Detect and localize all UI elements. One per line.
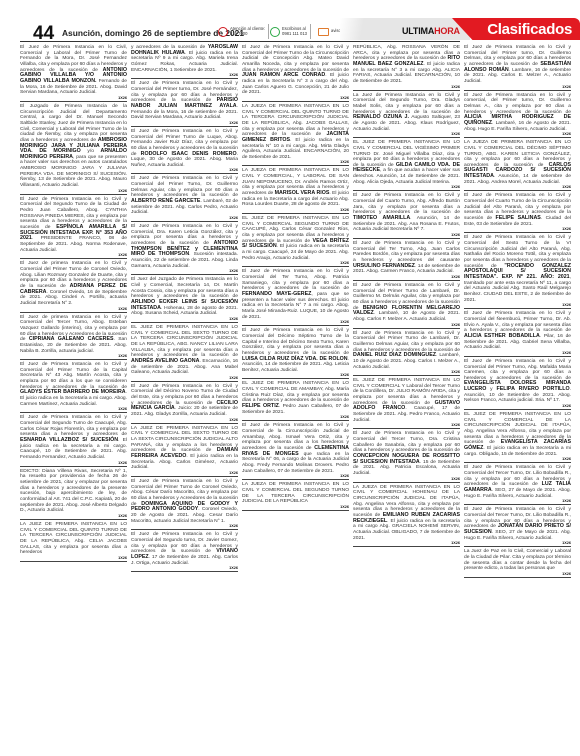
classified-ad: El Juez de Primera Instancia en lo Civil… (464, 464, 571, 505)
ad-code: 1X26 (20, 96, 127, 100)
ad-name: LUISA CILDA RUIZ DÍAZ VDA. DE ROLON (242, 356, 348, 362)
ad-text: El Juez de Primera Instancia en lo civil… (464, 93, 571, 115)
ad-code: 1X26 (20, 253, 127, 257)
ad-code: 1X26 (242, 474, 349, 478)
classified-ad: El Juez de Primera Instancia en lo Civil… (353, 192, 460, 239)
ultimahora-logo: ULTIMAHORA (402, 26, 460, 36)
contact-whatsapp-value: 0981 111 013 (282, 31, 307, 36)
classified-ad: El Juez de Primera Instancia en lo Civil… (20, 414, 127, 466)
ad-code: 1X26 (20, 556, 127, 560)
whatsapp-icon (270, 27, 280, 37)
ad-name: FELIPE SALINAS (496, 215, 541, 221)
classified-ad: El Juez de Primera Instancia en lo Civil… (131, 383, 238, 424)
ad-text: El Juez del Juzgado de Primera Instancia… (131, 277, 238, 299)
classified-ad: El Juez de Primera Instancia en lo Civil… (464, 44, 571, 91)
ad-name: JUAN RAMON ARCE CONRAD (242, 72, 325, 78)
ad-code: 1X26 (131, 168, 238, 172)
ad-code: 1X26 (353, 541, 460, 545)
ad-code: 1X26 (242, 96, 349, 100)
ad-code: 1X26 (353, 477, 460, 481)
classified-ad: EL JUEZ DE PRIMERA INSTANCIA EN LO CIVIL… (353, 139, 460, 191)
ad-code: 1X26 (131, 471, 238, 475)
ad-name-2: FELIPA RIVERO PORTILLO (496, 386, 569, 392)
ad-code: 1X26 (242, 261, 349, 265)
ad-code: 1X26 (242, 208, 349, 212)
ad-text: El Juez de Primera Instancia en lo Civil… (353, 331, 460, 353)
classified-ad: LA JUEZA DE PRIMERA INSTANCIA EN LO CIVI… (242, 103, 349, 167)
ad-text: EDICTO: Diana Villena Rivas, Secretaria … (20, 469, 127, 514)
ad-name: FERNANDO MAYE-GEREZ (242, 291, 311, 297)
ad-text: El Juez de Primera Instancia en lo Civil… (353, 241, 460, 263)
classified-ad: EL JUEZ DE PRIMERA INSTANCIA EN LO CIVIL… (353, 377, 460, 429)
classified-ad: El Juez de Primera Instancia en lo Civil… (353, 282, 460, 329)
ad-name: RODOLFO ISAAC DENIS ROMERO (141, 151, 237, 157)
ad-text: El Juez de Primera Instancia en lo Civil… (464, 359, 571, 381)
logo-black-text: ULTIMA (402, 26, 434, 36)
ad-code: 1X26 (464, 572, 571, 576)
ad-text: El Juez de Primera Instancia en lo Civil… (242, 269, 349, 291)
ad-code: 1X26 (20, 354, 127, 358)
classified-ad: El Juzgado de Primera Instancia de la Ci… (20, 103, 127, 195)
ad-name: TIMOTEO AMARILLA (353, 215, 410, 221)
classified-ad: LA JUEZ DE PRIMERA INSTANCIA EN LO CIVIL… (131, 425, 238, 477)
classified-ad: El Juez de Primera Instancia en lo Civil… (20, 196, 127, 260)
column-2: y acreedores de la sucesión de YAROSLAW … (131, 44, 238, 756)
ad-code: 1X26 (20, 307, 127, 311)
ad-text: El Juez de Primera Instancia en lo Civil… (20, 415, 127, 437)
classified-ad: LA JUEZ DE PRIMERA INSTANCIA EN LO CIVIL… (20, 521, 127, 562)
ad-code: 1X26 (20, 514, 127, 518)
ad-code: 1X26 (464, 85, 571, 89)
section-title: Clasificados (487, 21, 572, 38)
ad-name: ESNARDA VILLAZBOZ S/ SUCESIÓN (20, 437, 118, 443)
ad-code: 1X26 (464, 303, 571, 307)
ad-text-tail: y/o (81, 149, 101, 154)
classified-ad: EL JUEZ DE PRIMERA INSTANCIA EN LO CIVIL… (131, 324, 238, 382)
ad-code: 1X26 (464, 185, 571, 189)
ad-code: 1X26 (353, 323, 460, 327)
classified-ad: El Juez de Primera Instancia en lo civil… (464, 92, 571, 139)
classified-ad: EL JUEZ DE PRIMERA INSTANCIA EN LO CIVIL… (242, 215, 349, 267)
classified-ad: El Juez de Primera Instancia en lo Civil… (464, 310, 571, 357)
ad-code: 1X26 (20, 461, 127, 465)
ad-code: 1X26 (353, 275, 460, 279)
ad-code: 1X26 (353, 423, 460, 427)
classified-ad: El Juez de Primera Instancia en lo Civil… (464, 192, 571, 233)
ad-code: 1X26 (20, 189, 127, 193)
ad-code: 1X26 (131, 418, 238, 422)
ad-name: ALBERTO RENÉ GARCETE (131, 198, 200, 204)
classified-ad: El Juez del Juzgado de Primera Instancia… (131, 276, 238, 323)
ad-code: 1X26 (464, 404, 571, 408)
ad-text-tail: . PRESIDENTE FRANCO, 08 de Septiembre de… (20, 236, 127, 252)
classified-ad: El Juez de Primera Instancia en lo Civil… (131, 128, 238, 175)
ad-text: REPÚBLICA, Abg. ROSSANA VERÓN DE ARCA, c… (353, 45, 460, 61)
ad-name: GLADYS ESTER BARRERO DE MOREIRA (20, 389, 126, 395)
classified-ad: La Juez de Primera Instancia en lo Civil… (353, 92, 460, 139)
classified-ad: El Juez de Primera Instancia en lo Civil… (131, 478, 238, 530)
column-5: El Juez de Primera Instancia en lo Civil… (464, 44, 571, 756)
classified-ad: El Juez de Primera Instancia en lo Civil… (242, 422, 349, 480)
ad-code: 1X26 (20, 407, 127, 411)
classified-ad: REPÚBLICA, Abg. ROSSANA VERÓN DE ARCA, c… (353, 44, 460, 91)
ad-code: 1X26 (464, 227, 571, 231)
ad-code: 1X26 (131, 216, 238, 220)
phone-icon (218, 27, 228, 37)
ad-text: LA JUEZ DE PRIMERA INSTANCIA EN LO CIVIL… (20, 522, 127, 555)
classified-ad: LA JUEZA DE PRIMERA INSTANCIA EN LO CIVI… (242, 481, 349, 511)
contact-whatsapp[interactable]: Escribinos al0981 111 013 (270, 24, 311, 39)
classified-ad: El Juez de Primera Instancia en lo Civil… (20, 44, 127, 102)
classified-ad: El Juez de primera Instancia en lo Civil… (20, 260, 127, 312)
classified-ad: El Juez de Primera Instancia en lo Civil… (353, 240, 460, 281)
ad-code: 1X26 (131, 376, 238, 380)
ad-code: 1X26 (464, 499, 571, 503)
ad-code: 1X26 (242, 373, 349, 377)
page-header: 44 Asunción, domingo 26 de septiembre de… (0, 0, 580, 38)
classified-ad: El Juez de Primera Instancia en lo Civil… (353, 430, 460, 482)
ad-name: ALICIA ESTHER BOBADILLA (464, 333, 540, 339)
classified-ad: El Juez de Primera Instancia en lo Civil… (353, 330, 460, 377)
ad-text: El Juez de Primera Instancia en lo Civil… (353, 431, 460, 453)
contact-phone[interactable]: Atención al cliente:415 7000 (218, 24, 269, 39)
ad-code: 1X26 (242, 415, 349, 419)
classified-ad: EL JUEZ DE PRIMERA INSTANCIA EN LO CIVIL… (464, 411, 571, 463)
ad-text: EL JUEZ DE PRIMERA INSTANCIA EN LO CIVIL… (242, 381, 349, 403)
ad-code: 1X26 (242, 505, 349, 509)
classified-ad: El Juez de Primera Instancia en lo Civil… (464, 358, 571, 410)
ad-code: 1X26 (131, 269, 238, 273)
ad-name: ANDRÉS AVELINO GAONA (131, 358, 199, 364)
ad-code: 1X26 (131, 566, 238, 570)
classifieds-columns: El Juez de Primera Instancia en lo Civil… (20, 44, 574, 756)
ad-text: EL JUEZ DE PRIMERA INSTANCIA EN LO CIVIL… (131, 325, 238, 358)
ad-name: URSULINO FERNANDEZ (353, 263, 415, 269)
section-tab: Clasificados (452, 18, 580, 40)
classified-ad: El Juez de Primera Instancia en lo Civil… (131, 531, 238, 572)
ad-code: 1X26 (131, 524, 238, 528)
ad-name: CIPRIANA GALEANO CACERES (29, 336, 114, 342)
ad-code: 1X26 (131, 121, 238, 125)
dateline: Asunción, domingo 26 de septiembre de 20… (62, 28, 244, 38)
ad-code: 1X26 (131, 317, 238, 321)
classified-ad: El Juez de Primera Instancia en lo Civil… (242, 268, 349, 326)
ad-name: FELIPE ORTIZ (242, 403, 279, 409)
ad-code: 1X26 (242, 160, 349, 164)
ad-text: La Juez de Primera Instancia en lo Civil… (353, 93, 460, 115)
ad-code: 1X26 (353, 85, 460, 89)
ad-text: El Juez de Primera Instancia en lo Civil… (242, 328, 349, 356)
ad-text: LA JUEZA DE PRIMERA INSTANCIA EN LO CIVI… (242, 482, 349, 504)
logo-red-text: HORA (434, 26, 460, 36)
ad-text: El Juez de Primera Instancia en lo Civil… (353, 193, 460, 215)
mail-icon (318, 28, 329, 36)
classified-ad: EL JUEZ DE PRIMERA INSTANCIA EN LO CIVIL… (242, 380, 349, 421)
ad-code: 1X26 (464, 457, 571, 461)
classified-ad: LA JUEZA DE PRIMERA INSTANCIA EN LO CIVI… (464, 139, 571, 191)
classified-ad: EDICTO: Diana Villena Rivas, Secretaria … (20, 468, 127, 520)
ad-text-tail: y (486, 387, 496, 392)
classified-ad: El Juez de Primera Instancia en lo Civil… (131, 223, 238, 275)
classified-ad: La Juez de Paz en lo Civil, Comercial y … (464, 548, 571, 578)
ad-text: La Juez de Paz en lo Civil, Comercial y … (464, 549, 571, 571)
ad-code: 1X26 (464, 351, 571, 355)
ad-name: REINALDO OZUNA J. (353, 114, 409, 120)
ad-code: 1X26 (353, 233, 460, 237)
contact-phone-value: 415 7000 (230, 31, 247, 36)
column-3: El Juez de Primera Instancia en lo Civil… (242, 44, 349, 756)
column-4: REPÚBLICA, Abg. ROSSANA VERÓN DE ARCA, c… (353, 44, 460, 756)
classified-ad: El Juez de Primera Instancia en lo Civil… (131, 80, 238, 127)
ad-code: 1X26 (464, 541, 571, 545)
ad-code: 1X26 (242, 320, 349, 324)
classified-ad: LA JUEZA DE PRIMERA INSTANCIA EN LO CIVI… (353, 484, 460, 548)
ad-code: 1X26 (464, 132, 571, 136)
classified-ad: LA JUEZA DE PRIMERA INSTANCIA EN LO CIVI… (242, 167, 349, 214)
ad-name: MARISOL VERA RIOS (275, 190, 330, 196)
ad-text-tail-2: , para que se presenten a hacer valer su… (20, 155, 127, 188)
classified-ad: El Juez de Primera Instancia en lo Civil… (242, 327, 349, 379)
ad-code: 1X26 (353, 370, 460, 374)
ad-name: DANIEL RUIZ DIAZ DOMINGUEZ (353, 352, 436, 358)
ad-text: El Juez de Primera Instancia en lo Civil… (20, 362, 127, 390)
ad-text: El Juez de Primera Instancia en lo Civil… (242, 45, 349, 73)
classified-ad: El Juez de Primera Instancia en lo Civil… (464, 234, 571, 309)
classified-ad: El Juez de primera Instancia en lo Civil… (20, 314, 127, 361)
classified-ad: El Juez de Primera Instancia en lo Civil… (464, 506, 571, 547)
ad-text: El Juez de Primera Instancia en lo Civil… (131, 176, 238, 198)
classified-ad: y acreedores de la sucesión de YAROSLAW … (131, 44, 238, 79)
classified-ad: El Juez de Primera Instancia en lo Civil… (20, 361, 127, 413)
column-1: El Juez de Primera Instancia en lo Civil… (20, 44, 127, 756)
ad-code: 1X26 (353, 185, 460, 189)
classified-ad: El Juez de Primera Instancia en lo Civil… (131, 175, 238, 222)
ad-code: 1X26 (353, 132, 460, 136)
header-divider (20, 41, 460, 42)
classified-ad: El Juez de Primera Instancia en lo Civil… (242, 44, 349, 102)
ad-text: El Juez de Primera Instancia en lo Civil… (464, 311, 571, 333)
ad-code: 1X26 (131, 73, 238, 77)
